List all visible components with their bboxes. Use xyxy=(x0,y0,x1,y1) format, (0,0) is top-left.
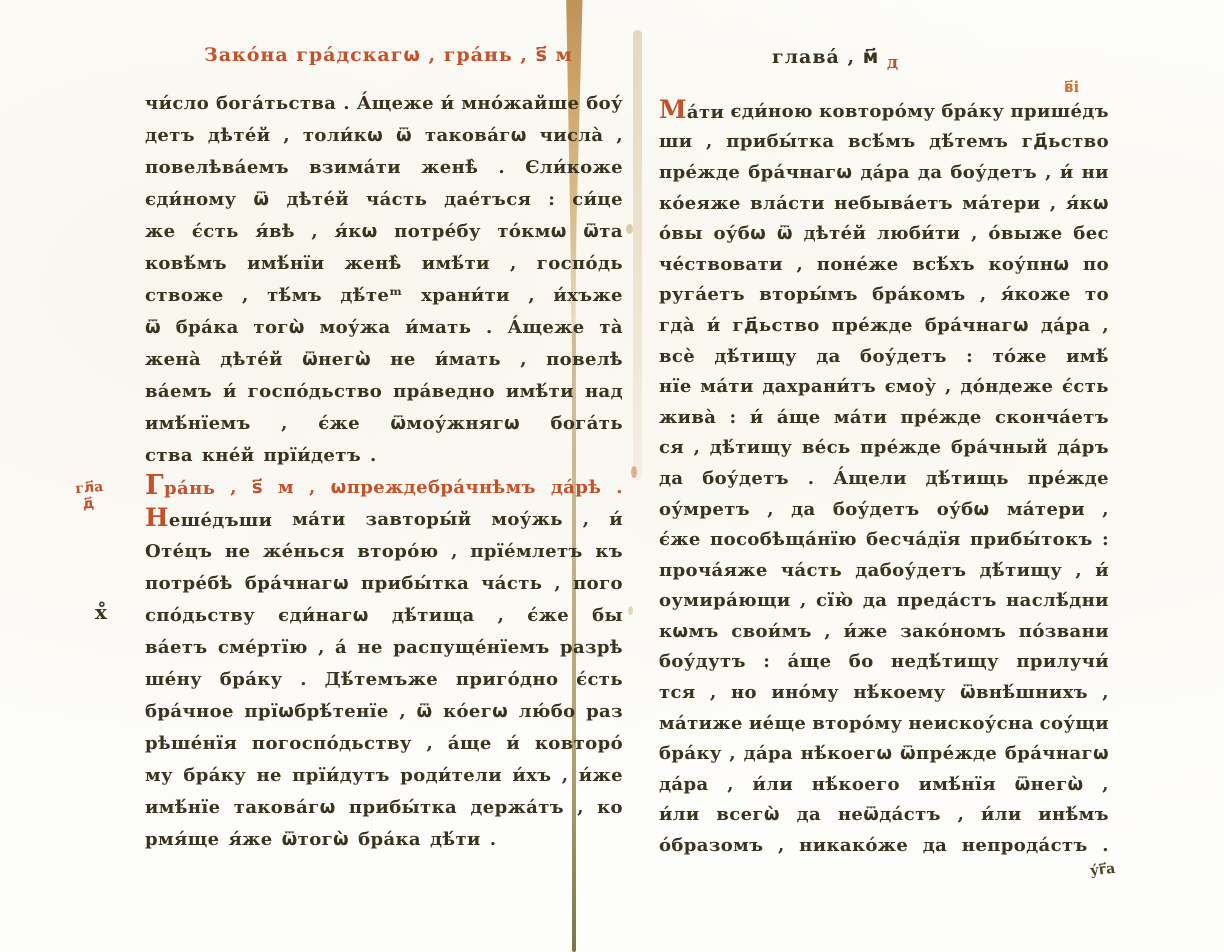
corner-mark: у́г҃а xyxy=(1089,861,1116,880)
text-line: оу́мретъ,дабоу́детъоу́бѡма́тери, xyxy=(659,494,1109,525)
text-line: пре́ждебра́чнагѡда́радабоу́детъ,и́ни xyxy=(659,157,1109,188)
folio-number: в҃і xyxy=(1064,78,1079,96)
text-line: дабоу́детъ.А́щелидѣ́тищьпре́жде xyxy=(659,463,1109,494)
rubricated-initial: Н xyxy=(145,503,169,532)
text-line: ма́тижеие́щевторо́мунеискоу́снасоу́щи xyxy=(659,708,1109,739)
section-heading-line: Гра́нь,ѕ҃м,ѡпреждебра́чнѣмъда́рѣ. xyxy=(145,471,623,503)
right-header-black: глава́ , м҃ xyxy=(772,46,879,68)
text-line: Ма́тиєди́ноюковторо́мубра́куприше́дъ xyxy=(659,96,1109,127)
text-line: ши,прибы́ткавсѣ́мъдѣ́темъгд҃ьство xyxy=(659,127,1109,158)
text-line: боу́дутъ:а́щебонедѣ́тищуприлучи́ xyxy=(659,647,1109,678)
text-line: детъдѣте́й,толи́кѡѿтакова́гѡчисла̀, xyxy=(145,119,623,151)
text-line: Оте́цънеже́ньсявторо́ю,прїе́млетъкъ xyxy=(145,535,623,567)
gutter-faint-streak xyxy=(633,30,642,480)
text-line: ствакне́йпрїи́детъ. xyxy=(145,439,623,471)
text-line: бра́ку,да́ранѣ́коегѡѿпре́ждебра́чнагѡ xyxy=(659,738,1109,769)
text-line: чи́слобога́тьства.А́щежеи́мно́жайшебоу́ xyxy=(145,87,623,119)
left-margin-note-black: х̊ xyxy=(95,600,107,624)
text-line: руга́етъвторы́мъбра́комъ,я́кожето xyxy=(659,280,1109,311)
text-line: жива̀:и́а́щема́типре́ждесконча́етъ xyxy=(659,402,1109,433)
text-line: бра́чноепрїѡбрѣ́тенїе,ѿко́егѡлю́бораз xyxy=(145,695,623,727)
text-line: кѡмъсвои́мъ,и́жезако́номъпо́звани xyxy=(659,616,1109,647)
text-line: жеє́стья́вѣ,я́кѡпотре́буто́кмѡѿта xyxy=(145,215,623,247)
text-line: о́бразомъ,никако́жеданепрода́стъ. xyxy=(659,830,1109,861)
text-line: ствоже,тѣ́мъдѣ́теᵐхрани́ти,и́хъже xyxy=(145,279,623,311)
text-line: ва́емъи́госпо́дьствопра́ведноимѣ́тинад xyxy=(145,375,623,407)
left-running-header: Зако́на гра́дскагѡ , гра́нь , ѕ҃ м xyxy=(204,44,573,66)
text-line: спо́дьствуєди́нагѡдѣ́тища,є́жебы xyxy=(145,599,623,631)
text-line: ва́етъсме́ртїю,а́нераспуще́нїемъразрѣ xyxy=(145,631,623,663)
text-line: проча́яжеча́стьдабоу́детъдѣ́тищу,и́ xyxy=(659,555,1109,586)
paper-speck xyxy=(631,466,637,478)
text-line: ко́еяжевла́стинебыва́етъма́тери,я́кѡ xyxy=(659,188,1109,219)
rubricated-initial: Г xyxy=(145,470,164,501)
left-margin-note-red: гл҃а д҃ xyxy=(75,479,106,513)
text-line: потре́бѣбра́чнагѡприбы́ткача́сть,пого xyxy=(145,567,623,599)
margin-note-line: д҃ xyxy=(82,495,105,513)
rubricated-initial: М xyxy=(659,95,687,124)
text-line: ковѣ́мъимѣ́нїиженѣ̀имѣ́ти,госпо́дь xyxy=(145,247,623,279)
text-line: жена̀дѣте́йѿнегѡ̀неи́мать,повелѣ xyxy=(145,343,623,375)
text-line: рмя́щея́жеѿтогѡ̀бра́кадѣ́ти. xyxy=(145,823,623,855)
right-text-block: Ма́тиєди́ноюковторо́мубра́куприше́дъши,п… xyxy=(659,96,1109,861)
text-line: ѿбра́катогѡ̀моу́жаи́мать.А́щежета̀ xyxy=(145,311,623,343)
text-line: гда̀и́гд҃ьствопре́ждебра́чнагѡда́ра, xyxy=(659,310,1109,341)
text-line: єди́номуѿдѣте́йча́стьдае́тъся:си́це xyxy=(145,183,623,215)
right-header-red: д xyxy=(887,53,899,73)
text-line: ся,дѣ́тищуве́сьпре́ждебра́чныйда́ръ xyxy=(659,433,1109,464)
paper-speck xyxy=(626,224,633,234)
right-running-header: глава́ , м҃ д xyxy=(772,46,899,68)
text-line: имѣ́нїемъ,є́жеѿмоу́жнягѡбога́ть xyxy=(145,407,623,439)
margin-note-line: гл҃а xyxy=(75,479,104,497)
text-line: Неше́дъшима́тизавторы́ймоу́жь,и́ xyxy=(145,503,623,535)
text-line: рѣше́нїяпогоспо́дьству,а́щеи́ковторо́ xyxy=(145,727,623,759)
text-line: оумира́ющи,сїю̀дапреда́стънаслѣ́дни xyxy=(659,586,1109,617)
text-line: че́ствовати,поне́жевсѣ́хъкоу́пнѡпо xyxy=(659,249,1109,280)
left-text-block: чи́слобога́тьства.А́щежеи́мно́жайшебоу́д… xyxy=(145,87,623,855)
text-line: и́ливсегѡ̀данеѿда́стъ,и́лиинѣ́мъ xyxy=(659,800,1109,831)
text-line: имѣ́нїетакова́гѡприбы́ткадержа́тъ,ко xyxy=(145,791,623,823)
text-line: тся,ноино́мунѣ́коемуѿвнѣ́шнихъ, xyxy=(659,677,1109,708)
text-line: нїема́тидахрани́тъємоу̀,до́ндежеє́сть xyxy=(659,371,1109,402)
text-line: о́выоу́бѡѿдѣте́йлюби́ти,о́выжебес xyxy=(659,218,1109,249)
text-line: всѐдѣ́тищудабоу́детъ:то́жеимѣ́ xyxy=(659,341,1109,372)
text-line: повелѣва́емъвзима́тиженѣ̀.Єли́коже xyxy=(145,151,623,183)
text-line: ше́нубра́ку.Дѣ́темъжеприго́дноє́сть xyxy=(145,663,623,695)
text-line: є́жепособѣща́нїюбесча́дїяприбы́токъ: xyxy=(659,524,1109,555)
text-line: мубра́кунепрїи́дутъроди́телии́хъ,и́же xyxy=(145,759,623,791)
text-line: да́ра,и́линѣ́коегоимѣ́нїяѿнегѡ̀, xyxy=(659,769,1109,800)
paper-speck xyxy=(628,606,633,615)
